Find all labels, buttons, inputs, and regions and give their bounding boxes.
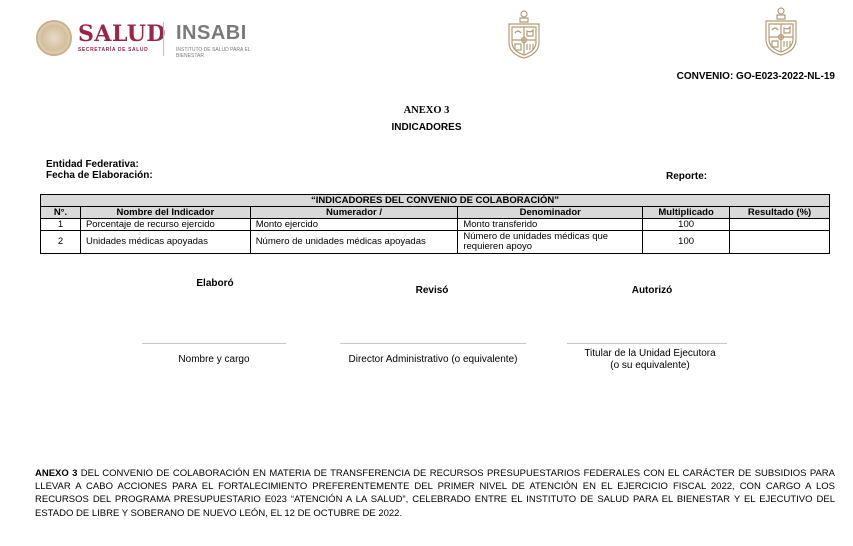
insabi-logo-subtitle: INSTITUTO DE SALUD PARA EL BIENESTAR	[176, 47, 256, 59]
column-header: Denominador	[458, 207, 643, 219]
column-header: Multiplicado	[643, 207, 730, 219]
mexico-seal-icon	[36, 20, 72, 56]
reporte-label: Reporte:	[666, 171, 707, 182]
table-header-row: N°. Nombre del Indicador Numerador / Den…	[41, 207, 830, 219]
column-header: Resultado (%)	[730, 207, 830, 219]
table-row: 1 Porcentaje de recurso ejercido Monto e…	[41, 219, 830, 231]
signature-title-autorizo: Autorizó	[592, 285, 712, 296]
page-title: INDICADORES	[0, 122, 853, 133]
cell-multiplicado: 100	[643, 219, 730, 231]
signature-label-autorizo-line2: (o su equivalente)	[560, 360, 740, 372]
form-fields: Entidad Federativa: Fecha de Elaboración…	[46, 159, 153, 181]
cell-multiplicado: 100	[643, 231, 730, 254]
logo-divider	[163, 22, 164, 56]
signature-label-reviso: Director Administrativo (o equivalente)	[330, 354, 536, 366]
salud-logo-word: SALUD	[78, 23, 166, 45]
cell-denominador: Número de unidades médicas que requieren…	[458, 231, 643, 254]
fecha-elaboracion-label: Fecha de Elaboración:	[46, 170, 153, 181]
cell-nombre: Unidades médicas apoyadas	[80, 231, 250, 254]
nuevo-leon-coat-of-arms-icon	[505, 8, 543, 60]
footer-legal-text: ANEXO 3 DEL CONVENIO DE COLABORACIÓN EN …	[35, 467, 835, 520]
annex-title: ANEXO 3	[0, 105, 853, 116]
signature-line-autorizo	[567, 343, 727, 344]
signature-line-elaboro	[142, 343, 286, 344]
signature-title-reviso: Revisó	[372, 285, 492, 296]
salud-logo-subtitle: SECRETARÍA DE SALUD	[78, 47, 166, 53]
cell-nombre: Porcentaje de recurso ejercido	[80, 219, 250, 231]
cell-resultado	[730, 219, 830, 231]
column-header: N°.	[41, 207, 81, 219]
footer-bold-lead: ANEXO 3	[35, 468, 77, 479]
cell-no: 1	[41, 219, 81, 231]
signature-line-reviso	[340, 343, 526, 344]
footer-body: DEL CONVENIO DE COLABORACIÓN EN MATERIA …	[35, 468, 835, 519]
table-row: 2 Unidades médicas apoyadas Número de un…	[41, 231, 830, 254]
entidad-federativa-label: Entidad Federativa:	[46, 159, 153, 170]
signature-title-elaboro: Elaboró	[155, 278, 275, 289]
signature-label-autorizo: Titular de la Unidad Ejecutora (o su equ…	[560, 348, 740, 372]
convenio-number: CONVENIO: GO-E023-2022-NL-19	[677, 71, 835, 82]
salud-logo: SALUD SECRETARÍA DE SALUD	[36, 20, 166, 56]
cell-denominador: Monto transferido	[458, 219, 643, 231]
indicators-table: “INDICADORES DEL CONVENIO DE COLABORACIÓ…	[40, 194, 830, 254]
nuevo-leon-coat-of-arms-icon	[762, 5, 800, 57]
column-header: Numerador /	[250, 207, 458, 219]
insabi-logo: INSABI INSTITUTO DE SALUD PARA EL BIENES…	[176, 22, 256, 59]
table-caption: “INDICADORES DEL CONVENIO DE COLABORACIÓ…	[41, 195, 830, 207]
cell-numerador: Monto ejercido	[250, 219, 458, 231]
cell-no: 2	[41, 231, 81, 254]
signature-label-elaboro: Nombre y cargo	[140, 354, 288, 366]
cell-resultado	[730, 231, 830, 254]
signature-label-autorizo-line1: Titular de la Unidad Ejecutora	[560, 348, 740, 360]
insabi-logo-word: INSABI	[176, 22, 256, 44]
column-header: Nombre del Indicador	[80, 207, 250, 219]
cell-numerador: Número de unidades médicas apoyadas	[250, 231, 458, 254]
